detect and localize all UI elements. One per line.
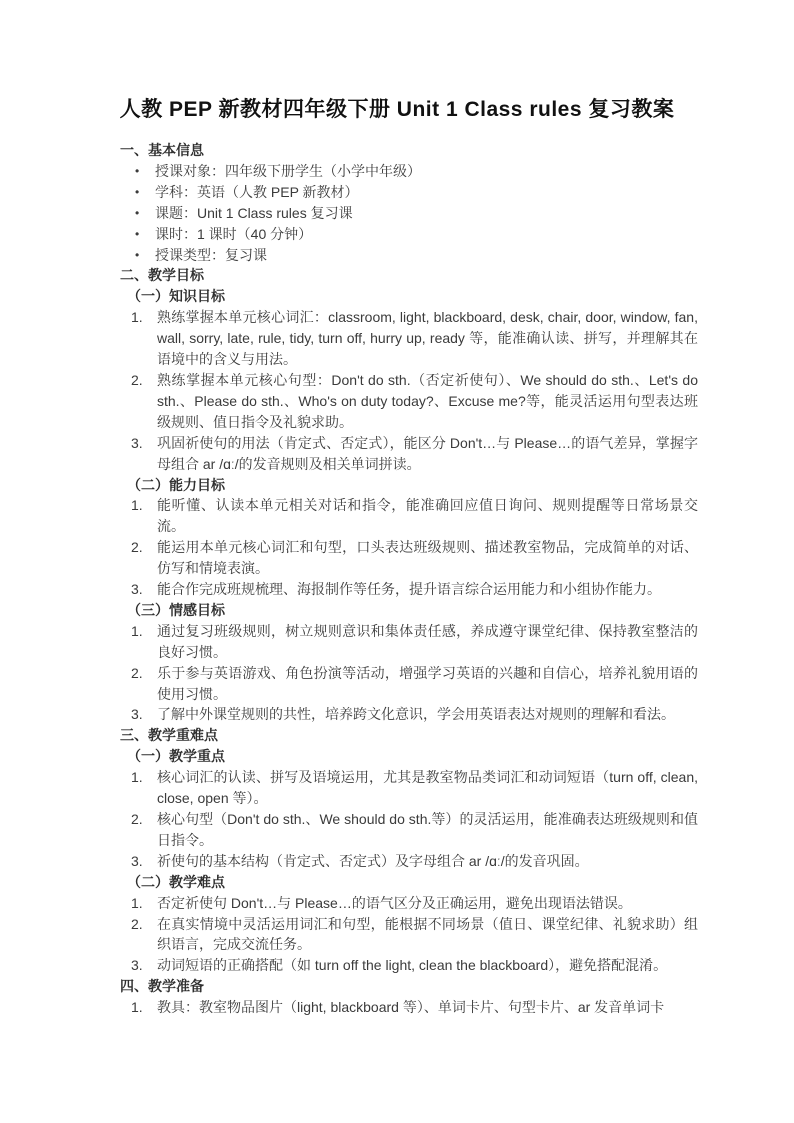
section-heading: 四、教学准备 <box>96 976 698 997</box>
list-item: •课题：Unit 1 Class rules 复习课 <box>96 203 698 224</box>
list-item-text: 核心句型（Don't do sth.、We should do sth.等）的灵… <box>157 809 698 851</box>
list-item-text: 巩固祈使句的用法（肯定式、否定式），能区分 Don't…与 Please…的语气… <box>157 433 698 475</box>
list-item: 3.动词短语的正确搭配（如 turn off the light, clean … <box>96 955 698 976</box>
bullet-icon: • <box>135 161 155 182</box>
list-item-number: 3. <box>131 704 157 725</box>
document-page: 人教 PEP 新教材四年级下册 Unit 1 Class rules 复习教案 … <box>0 0 794 1123</box>
list-item: 1.熟练掌握本单元核心词汇：classroom, light, blackboa… <box>96 307 698 370</box>
list-item: 1.能听懂、认读本单元相关对话和指令，能准确回应值日询问、规则提醒等日常场景交流… <box>96 495 698 537</box>
list-item-number: 1. <box>131 307 157 328</box>
list-item: 1.核心词汇的认读、拼写及语境运用，尤其是教室物品类词汇和动词短语（turn o… <box>96 767 698 809</box>
list-item-number: 2. <box>131 914 157 935</box>
bullet-icon: • <box>135 224 155 245</box>
list-item: •授课类型：复习课 <box>96 245 698 266</box>
list-item-text: 能合作完成班规梳理、海报制作等任务，提升语言综合运用能力和小组协作能力。 <box>157 579 698 600</box>
list-item-text: 能运用本单元核心词汇和句型，口头表达班级规则、描述教室物品，完成简单的对话、仿写… <box>157 537 698 579</box>
list-item: 2.核心句型（Don't do sth.、We should do sth.等）… <box>96 809 698 851</box>
list-item-text: 通过复习班级规则，树立规则意识和集体责任感，养成遵守课堂纪律、保持教室整洁的良好… <box>157 621 698 663</box>
list-item: 2.熟练掌握本单元核心句型：Don't do sth.（否定祈使句）、We sh… <box>96 370 698 433</box>
list-item-text: 否定祈使句 Don't…与 Please…的语气区分及正确运用，避免出现语法错误… <box>157 893 698 914</box>
list-item-number: 2. <box>131 537 157 558</box>
list-item-text: 乐于参与英语游戏、角色扮演等活动，增强学习英语的兴趣和自信心，培养礼貌用语的使用… <box>157 663 698 705</box>
list-item-text: 熟练掌握本单元核心句型：Don't do sth.（否定祈使句）、We shou… <box>157 370 698 433</box>
document-body: 一、基本信息•授课对象：四年级下册学生（小学中年级）•学科：英语（人教 PEP … <box>96 140 698 1018</box>
subsection-heading: （一）教学重点 <box>96 746 698 767</box>
list-item: •学科：英语（人教 PEP 新教材） <box>96 182 698 203</box>
list-item-number: 1. <box>131 621 157 642</box>
list-item-text: 在真实情境中灵活运用词汇和句型，能根据不同场景（值日、课堂纪律、礼貌求助）组织语… <box>157 914 698 956</box>
list-item-text: 祈使句的基本结构（肯定式、否定式）及字母组合 ar /ɑː/的发音巩固。 <box>157 851 698 872</box>
list-item: •课时：1 课时（40 分钟） <box>96 224 698 245</box>
subsection-heading: （二）能力目标 <box>96 475 698 496</box>
list-item-number: 2. <box>131 809 157 830</box>
list-item-text: 教具：教室物品图片（light, blackboard 等）、单词卡片、句型卡片… <box>157 997 698 1018</box>
list-item: 1.教具：教室物品图片（light, blackboard 等）、单词卡片、句型… <box>96 997 698 1018</box>
list-item-text: 课时：1 课时（40 分钟） <box>155 224 698 245</box>
list-item-number: 1. <box>131 767 157 788</box>
list-item-number: 1. <box>131 495 157 516</box>
list-item: 1.否定祈使句 Don't…与 Please…的语气区分及正确运用，避免出现语法… <box>96 893 698 914</box>
list-item-text: 课题：Unit 1 Class rules 复习课 <box>155 203 698 224</box>
list-item-number: 3. <box>131 433 157 454</box>
list-item-text: 了解中外课堂规则的共性，培养跨文化意识，学会用英语表达对规则的理解和看法。 <box>157 704 698 725</box>
list-item-number: 3. <box>131 955 157 976</box>
list-item-text: 能听懂、认读本单元相关对话和指令，能准确回应值日询问、规则提醒等日常场景交流。 <box>157 495 698 537</box>
list-item-text: 学科：英语（人教 PEP 新教材） <box>155 182 698 203</box>
list-item-number: 2. <box>131 370 157 391</box>
list-item: 1.通过复习班级规则，树立规则意识和集体责任感，养成遵守课堂纪律、保持教室整洁的… <box>96 621 698 663</box>
list-item: •授课对象：四年级下册学生（小学中年级） <box>96 161 698 182</box>
list-item: 2.乐于参与英语游戏、角色扮演等活动，增强学习英语的兴趣和自信心，培养礼貌用语的… <box>96 663 698 705</box>
bullet-icon: • <box>135 245 155 266</box>
list-item-number: 3. <box>131 579 157 600</box>
list-item: 2.在真实情境中灵活运用词汇和句型，能根据不同场景（值日、课堂纪律、礼貌求助）组… <box>96 914 698 956</box>
subsection-heading: （二）教学难点 <box>96 872 698 893</box>
list-item: 2.能运用本单元核心词汇和句型，口头表达班级规则、描述教室物品，完成简单的对话、… <box>96 537 698 579</box>
list-item-text: 核心词汇的认读、拼写及语境运用，尤其是教室物品类词汇和动词短语（turn off… <box>157 767 698 809</box>
section-heading: 一、基本信息 <box>96 140 698 161</box>
list-item-text: 熟练掌握本单元核心词汇：classroom, light, blackboard… <box>157 307 698 370</box>
list-item-number: 3. <box>131 851 157 872</box>
bullet-icon: • <box>135 182 155 203</box>
subsection-heading: （三）情感目标 <box>96 600 698 621</box>
list-item-text: 授课类型：复习课 <box>155 245 698 266</box>
bullet-icon: • <box>135 203 155 224</box>
list-item: 3.了解中外课堂规则的共性，培养跨文化意识，学会用英语表达对规则的理解和看法。 <box>96 704 698 725</box>
list-item: 3.祈使句的基本结构（肯定式、否定式）及字母组合 ar /ɑː/的发音巩固。 <box>96 851 698 872</box>
doc-title: 人教 PEP 新教材四年级下册 Unit 1 Class rules 复习教案 <box>96 94 698 126</box>
list-item: 3.巩固祈使句的用法（肯定式、否定式），能区分 Don't…与 Please…的… <box>96 433 698 475</box>
list-item-number: 1. <box>131 893 157 914</box>
subsection-heading: （一）知识目标 <box>96 286 698 307</box>
list-item: 3.能合作完成班规梳理、海报制作等任务，提升语言综合运用能力和小组协作能力。 <box>96 579 698 600</box>
list-item-number: 1. <box>131 997 157 1018</box>
list-item-text: 动词短语的正确搭配（如 turn off the light, clean th… <box>157 955 698 976</box>
list-item-number: 2. <box>131 663 157 684</box>
list-item-text: 授课对象：四年级下册学生（小学中年级） <box>155 161 698 182</box>
section-heading: 三、教学重难点 <box>96 725 698 746</box>
section-heading: 二、教学目标 <box>96 265 698 286</box>
